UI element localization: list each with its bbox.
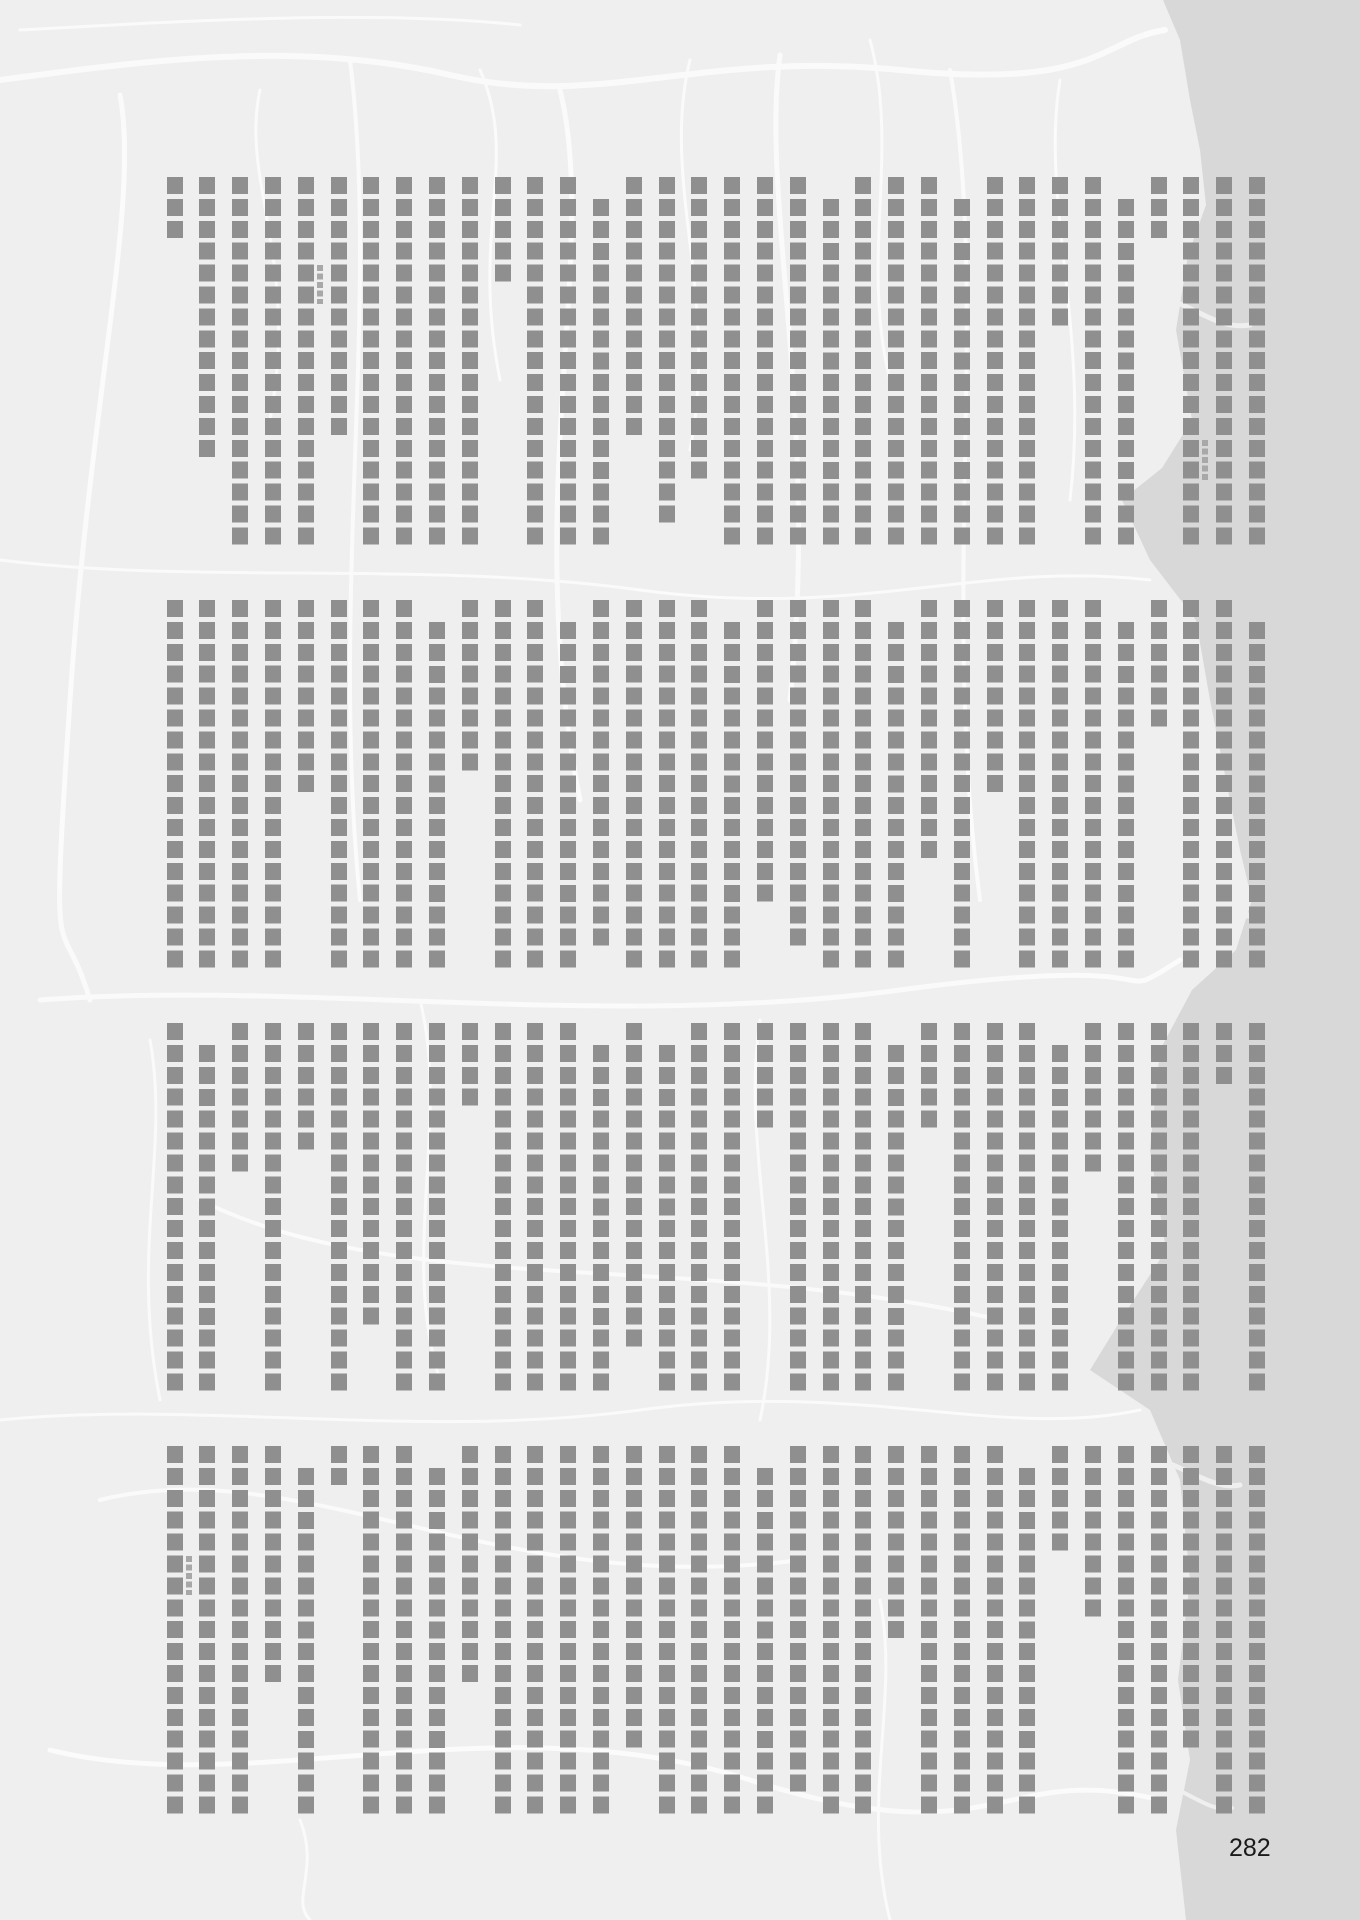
text-column (724, 1446, 740, 1814)
ruby-annotation (186, 1556, 192, 1596)
book-page: 282 (0, 0, 1360, 1920)
text-column (462, 1446, 478, 1683)
page-number: 282 (1229, 1834, 1271, 1862)
text-column (1118, 1446, 1134, 1814)
text-column (560, 1446, 576, 1814)
text-column (331, 1446, 347, 1486)
text-column (954, 1446, 970, 1814)
text-column (232, 1446, 248, 1814)
text-column (987, 1446, 1003, 1814)
text-column (527, 1446, 543, 1814)
text-column (1183, 1446, 1199, 1749)
text-column (396, 1446, 412, 1814)
text-column (298, 1468, 314, 1814)
text-column (757, 1468, 773, 1814)
text-tier-4 (0, 0, 1360, 1920)
text-column (1019, 1468, 1035, 1814)
text-column (888, 1446, 904, 1639)
text-column (363, 1446, 379, 1814)
text-column (1052, 1446, 1068, 1552)
text-column (1085, 1446, 1101, 1617)
text-column (626, 1446, 642, 1749)
text-column (167, 1446, 183, 1814)
text-column (790, 1446, 806, 1792)
text-column (921, 1446, 937, 1814)
text-column (1216, 1446, 1232, 1814)
text-column (855, 1446, 871, 1814)
text-column (593, 1446, 609, 1814)
text-column (495, 1446, 511, 1814)
text-column (199, 1446, 215, 1814)
text-column (1151, 1446, 1167, 1814)
text-column (659, 1446, 675, 1814)
text-column (691, 1446, 707, 1814)
text-column (429, 1468, 445, 1814)
text-column (823, 1446, 839, 1814)
text-column (1249, 1446, 1265, 1814)
text-column (265, 1446, 281, 1683)
